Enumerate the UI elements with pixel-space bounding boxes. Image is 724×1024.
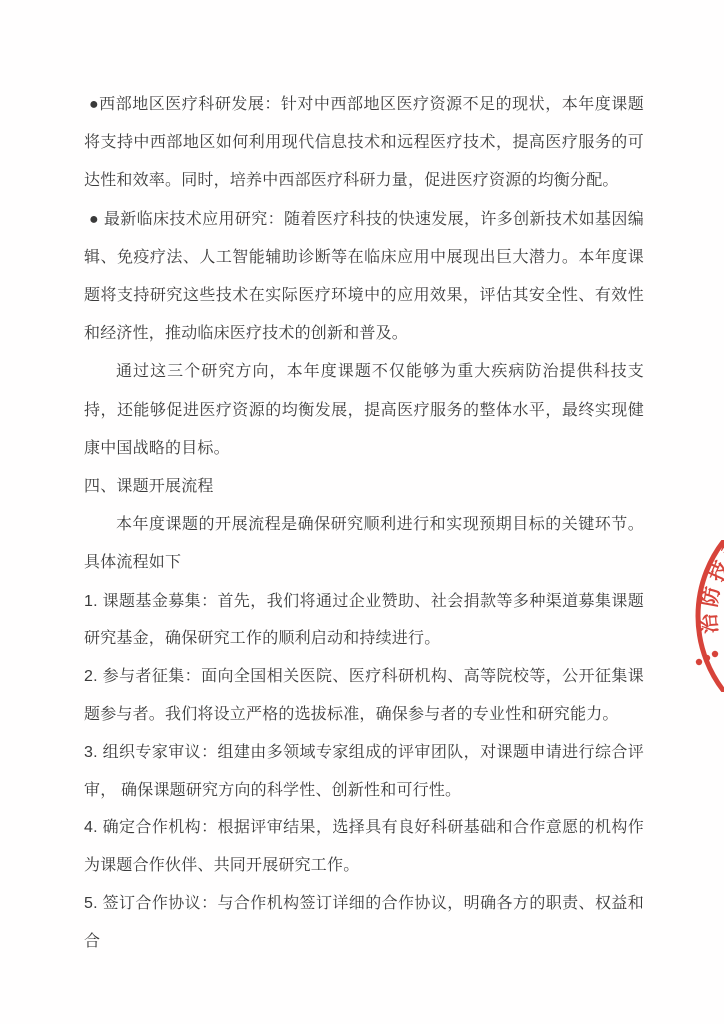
official-seal-stamp: 科 技 防 治 (690, 540, 724, 692)
document-body: ●西部地区医疗科研发展：针对中西部地区医疗资源不足的现状，本年度课题将支持中西部… (84, 86, 644, 961)
paragraph: 2. 参与者征集：面向全国相关医院、医疗科研机构、高等院校等，公开征集课题参与者… (84, 658, 644, 734)
paragraph: ●西部地区医疗科研发展：针对中西部地区医疗资源不足的现状，本年度课题将支持中西部… (84, 86, 644, 201)
paragraph: 通过这三个研究方向，本年度课题不仅能够为重大疾病防治提供科技支持，还能够促进医疗… (84, 353, 644, 468)
paragraph: 本年度课题的开展流程是确保研究顺利进行和实现预期目标的关键环节。具体流程如下 (84, 506, 644, 582)
paragraph: 5. 签订合作协议：与合作机构签订详细的合作协议，明确各方的职责、权益和合 (84, 885, 644, 961)
seal-dot-icon (696, 659, 702, 665)
paragraph: ● 最新临床技术应用研究：随着医疗科技的快速发展，许多创新技术如基因编辑、免疫疗… (84, 201, 644, 354)
paragraph: 4. 确定合作机构：根据评审结果，选择具有良好科研基础和合作意愿的机构作为课题合… (84, 809, 644, 885)
seal-arc-char-icon: 治 (697, 612, 722, 635)
seal-graphic: 科 技 防 治 (690, 540, 724, 692)
section-heading: 四、课题开展流程 (84, 468, 644, 506)
paragraph: 3. 组织专家审议：组建由多领域专家组成的评审团队，对课题申请进行综合评审， 确… (84, 734, 644, 810)
seal-dot-icon (704, 655, 710, 661)
seal-arc-char-icon: 防 (697, 585, 724, 609)
seal-arc-char-icon: 技 (704, 557, 724, 585)
document-page: ●西部地区医疗科研发展：针对中西部地区医疗资源不足的现状，本年度课题将支持中西部… (0, 0, 724, 1024)
paragraph: 1. 课题基金募集：首先，我们将通过企业赞助、社会捐款等多种渠道募集课题研究基金… (84, 583, 644, 659)
seal-ring-icon (698, 540, 724, 692)
seal-arc-char-icon: 科 (717, 540, 724, 563)
seal-dot-icon (712, 651, 718, 657)
